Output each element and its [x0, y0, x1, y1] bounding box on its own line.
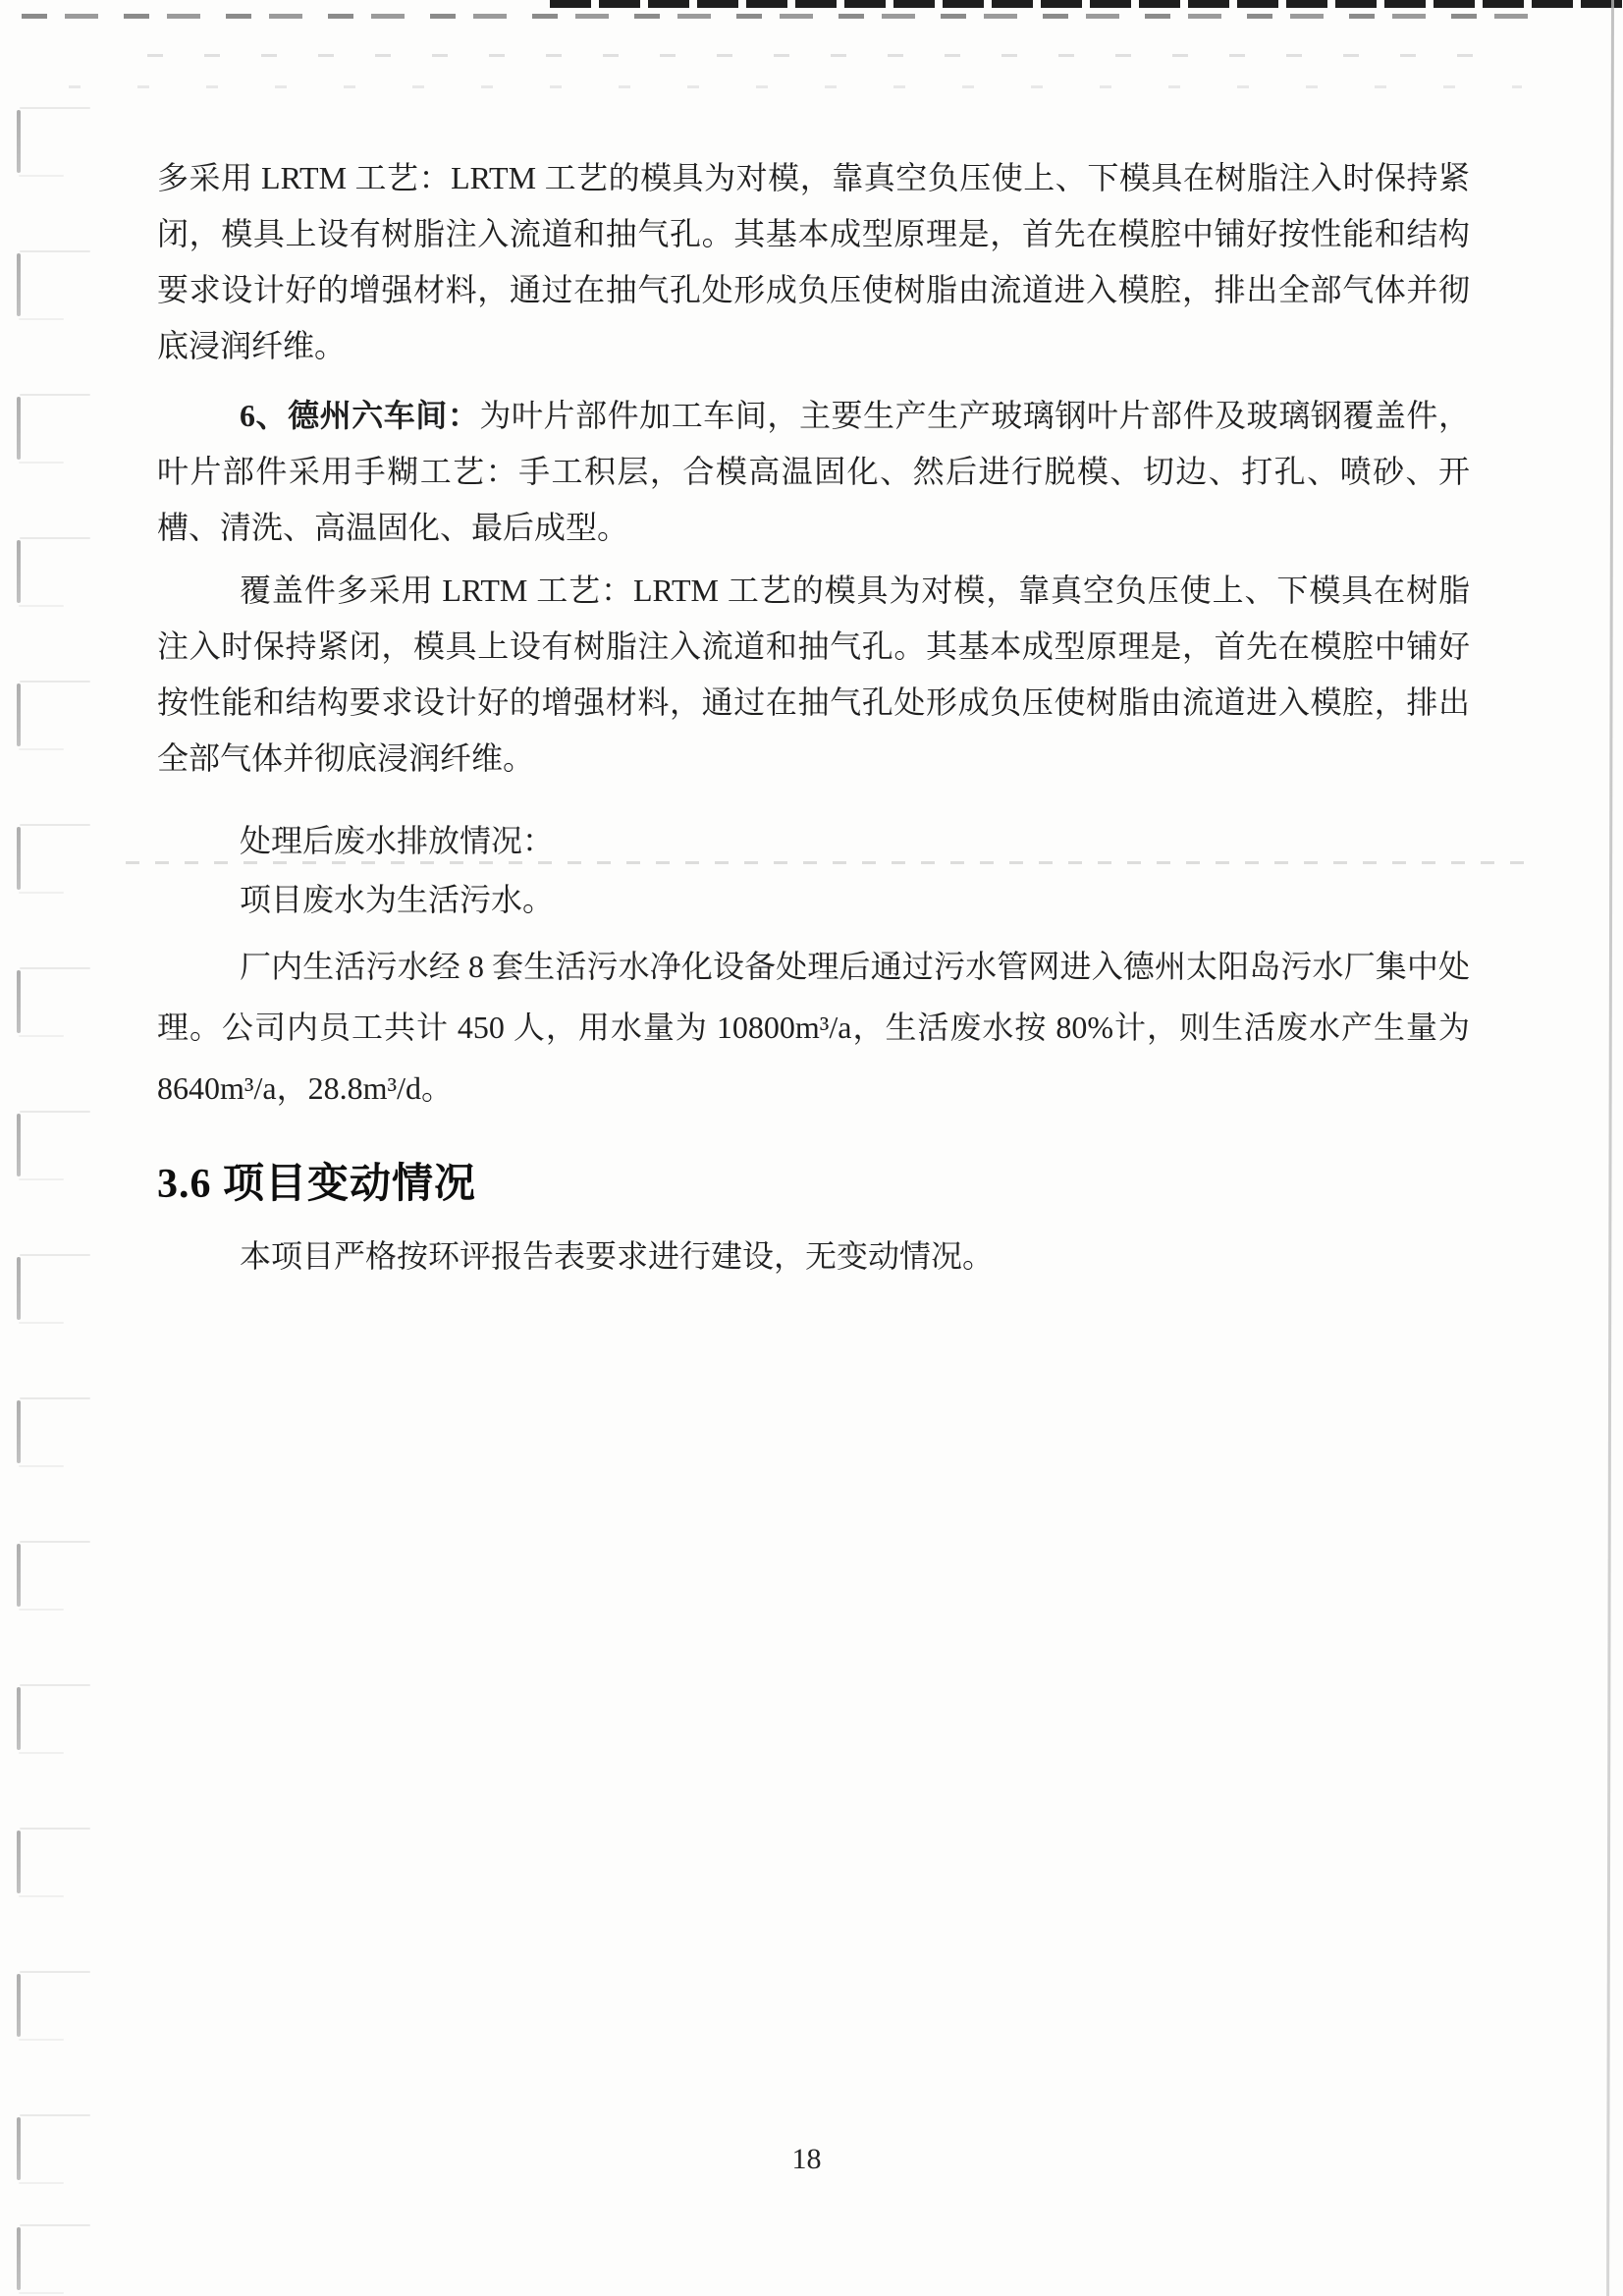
scan-top-dashed-noise: [22, 14, 1539, 19]
binding-edge-mark: [17, 1400, 21, 1463]
binding-edge-mark: [17, 970, 21, 1033]
binding-edge-mark: [17, 1687, 21, 1750]
binding-edge-mark: [17, 110, 21, 173]
scan-top-edge-artifact: [550, 0, 1623, 8]
binding-edge-mark: [17, 683, 21, 746]
page-number: 18: [0, 2143, 1613, 2176]
paragraph-no-change: 本项目严格按环评报告表要求进行建设，无变动情况。: [157, 1229, 1470, 1285]
binding-edge-mark: [17, 1974, 21, 2037]
scan-noise-line: [69, 85, 1522, 88]
binding-edge-mark: [17, 1831, 21, 1893]
binding-edge-mark: [17, 827, 21, 890]
paragraph-lrtm-continuation: 多采用 LRTM 工艺：LRTM 工艺的模具为对模，靠真空负压使上、下模具在树脂…: [157, 150, 1470, 374]
document-body: 多采用 LRTM 工艺：LRTM 工艺的模具为对模，靠真空负压使上、下模具在树脂…: [157, 150, 1470, 1285]
paragraph-wastewater-discharge-label: 处理后废水排放情况：: [157, 813, 1470, 869]
binding-edge-mark: [17, 2227, 21, 2290]
paragraph-workshop-6: 6、德州六车间：为叶片部件加工车间，主要生产生产玻璃钢叶片部件及玻璃钢覆盖件，叶…: [157, 388, 1470, 556]
scan-noise-line: [147, 54, 1473, 57]
scan-right-edge-line: [1606, 0, 1614, 2296]
paragraph-wastewater-volume: 厂内生活污水经 8 套生活污水净化设备处理后通过污水管网进入德州太阳岛污水厂集中…: [157, 936, 1470, 1119]
workshop-6-bold-lead: 6、德州六车间：: [240, 398, 479, 433]
scanned-document-page: 多采用 LRTM 工艺：LRTM 工艺的模具为对模，靠真空负压使上、下模具在树脂…: [0, 0, 1623, 2296]
section-heading-3-6: 3.6 项目变动情况: [157, 1159, 1470, 1210]
binding-edge-mark: [17, 1544, 21, 1607]
binding-edge-mark: [17, 1257, 21, 1320]
binding-edge-mark: [17, 540, 21, 603]
binding-edge-mark: [17, 397, 21, 460]
binding-edge-mark: [17, 253, 21, 316]
paragraph-cover-lrtm: 覆盖件多采用 LRTM 工艺：LRTM 工艺的模具为对模，靠真空负压使上、下模具…: [157, 563, 1470, 787]
paragraph-wastewater-type: 项目废水为生活污水。: [157, 872, 1470, 928]
binding-edge-mark: [17, 1114, 21, 1176]
